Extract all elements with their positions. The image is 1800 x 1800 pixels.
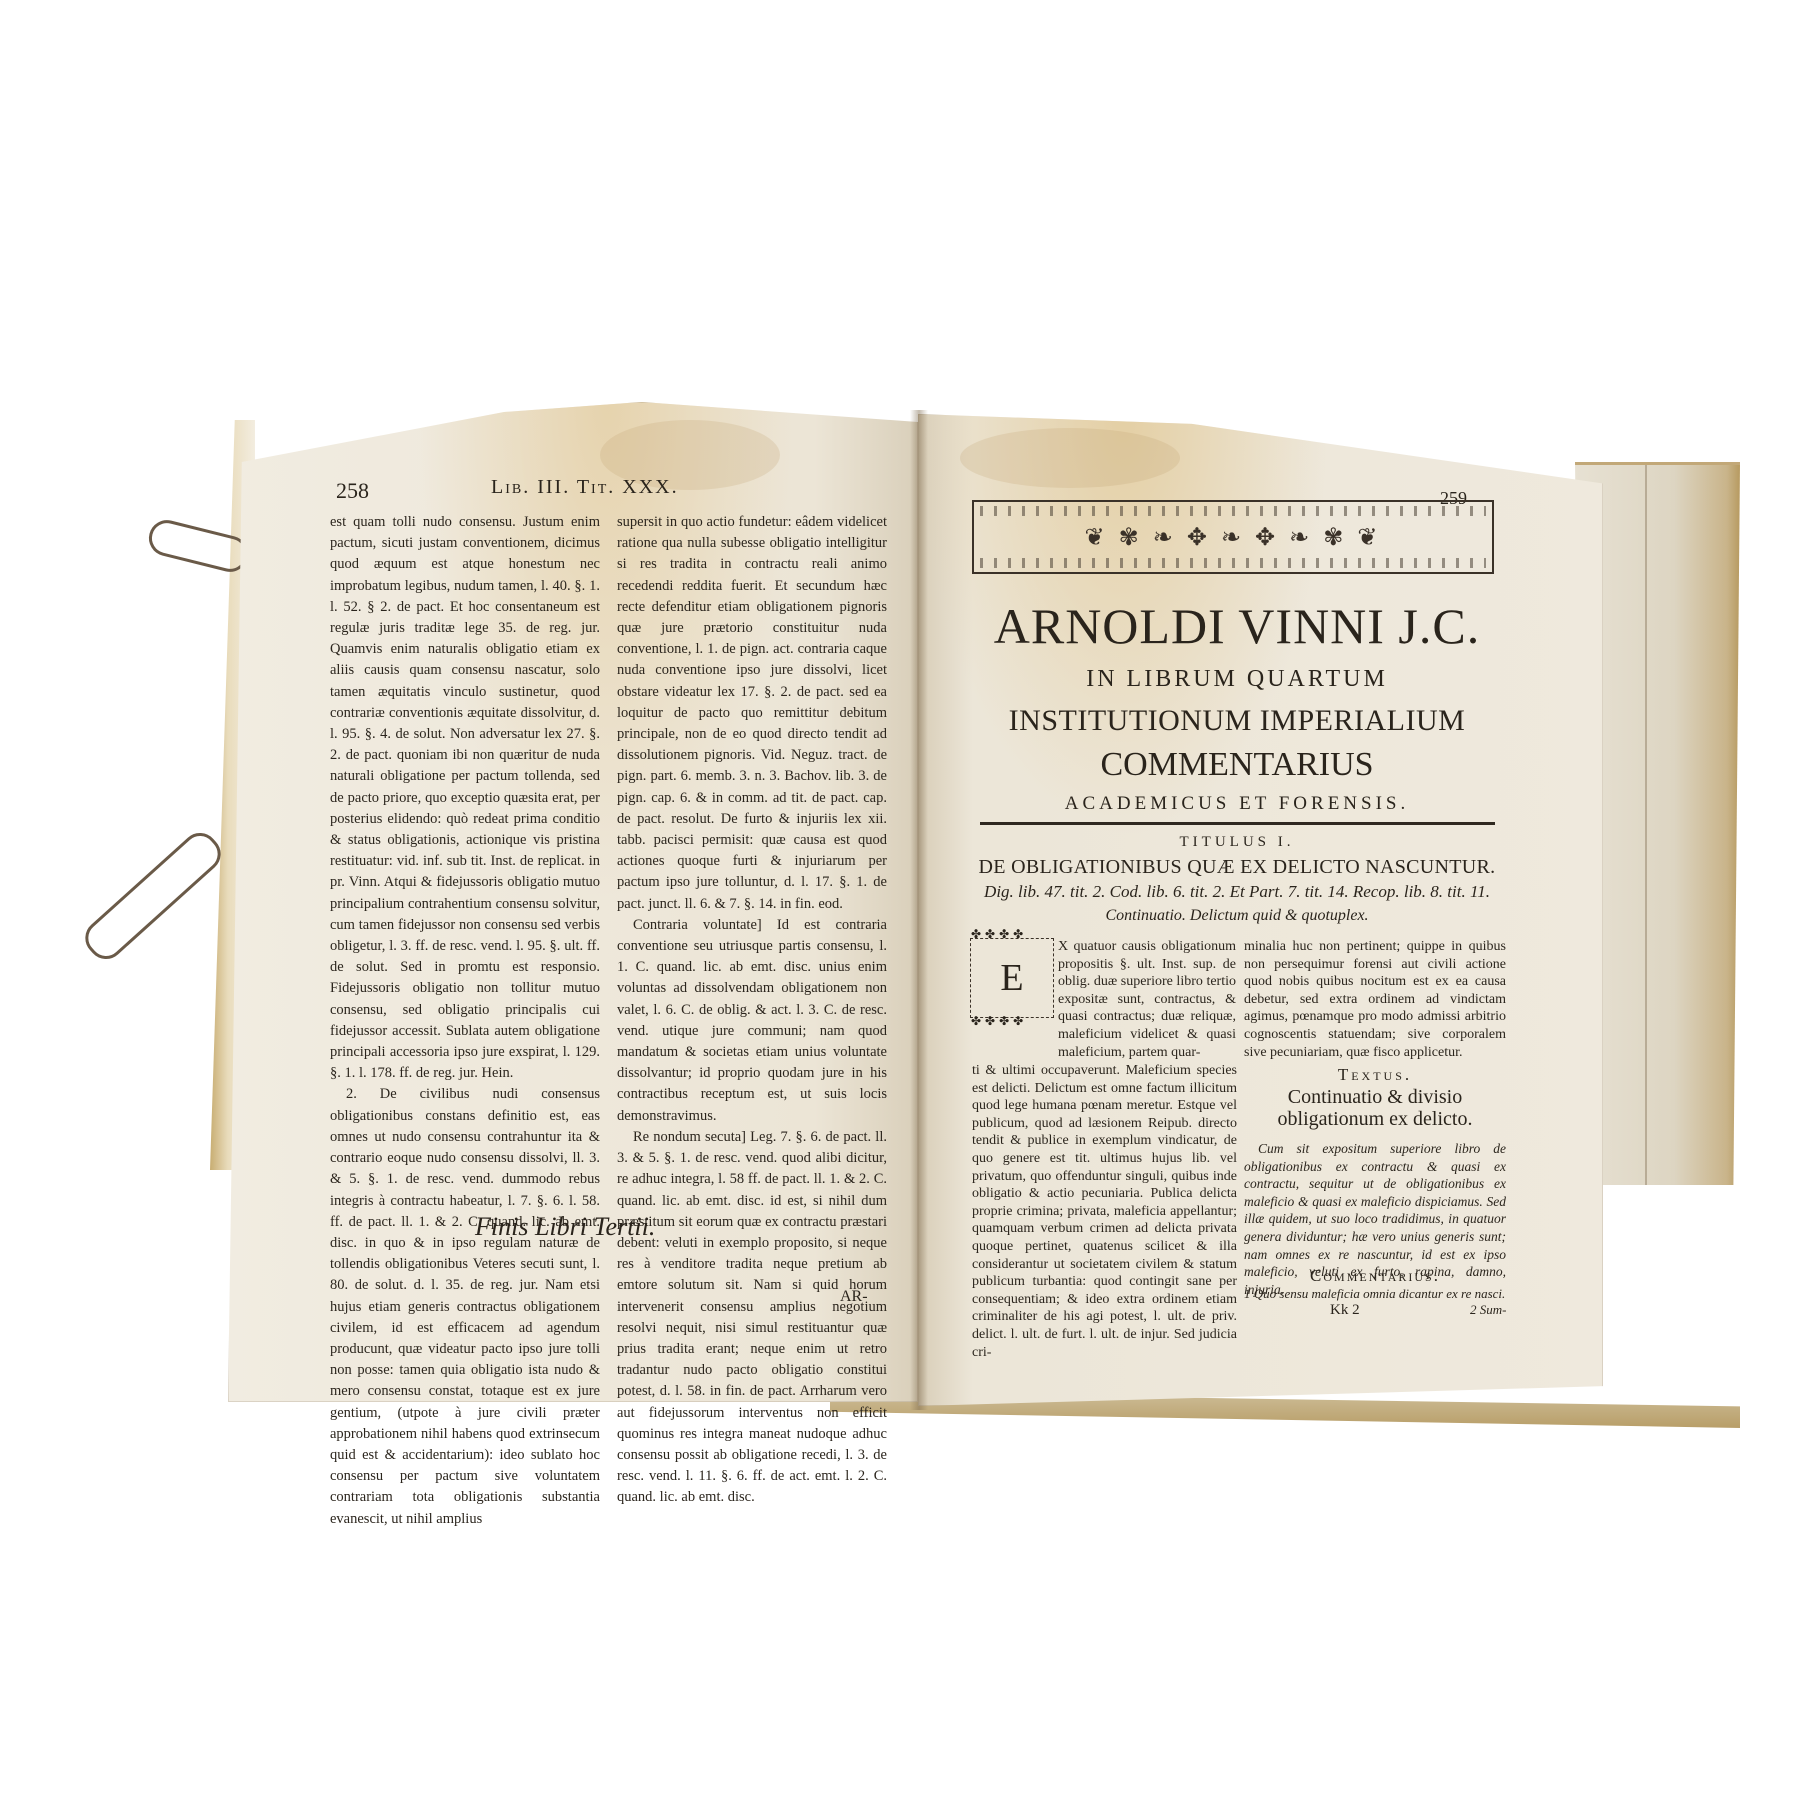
page-number-left: 258 xyxy=(336,478,369,504)
textus-subheading: Continuatio & divisio obligationum ex de… xyxy=(1244,1086,1506,1130)
catchword-right: 2 Sum- xyxy=(1470,1302,1506,1318)
right-column-a-top: X quatuor causis obligationum propositis… xyxy=(1058,938,1236,1061)
title-line-4: COMMENTARIUS xyxy=(972,746,1502,784)
continuatio-heading: Continuatio. Delictum quid & quotuplex. xyxy=(972,907,1502,925)
commentarius-item: 1 Quo sensu maleficia omnia dicantur ex … xyxy=(1244,1286,1506,1302)
paragraph: 2. De civilibus nudi consensus obligatio… xyxy=(330,1084,600,1529)
source-references: Dig. lib. 47. tit. 2. Cod. lib. 6. tit. … xyxy=(972,882,1502,902)
titulus-name: DE OBLIGATIONIBUS QUÆ EX DELICTO NASCUNT… xyxy=(972,856,1502,879)
paragraph: ti & ultimi occupaverunt. Maleficium spe… xyxy=(972,1062,1237,1361)
titulus-heading: TITULUS I. xyxy=(972,834,1502,851)
paragraph: est quam tolli nudo consensu. Justum eni… xyxy=(330,512,600,1084)
paragraph: supersit in quo actio fundetur: eâdem vi… xyxy=(617,512,887,915)
title-line-5: ACADEMICUS ET FORENSIS. xyxy=(972,793,1502,815)
right-column-a: ti & ultimi occupaverunt. Maleficium spe… xyxy=(972,1062,1237,1361)
left-column-b: supersit in quo actio fundetur: eâdem vi… xyxy=(617,512,887,1509)
right-column-b: minalia huc non pertinent; quippe in qui… xyxy=(1244,938,1506,1061)
open-book-photo: 258 Lib. III. Tit. XXX. est quam tolli n… xyxy=(0,0,1800,1800)
paragraph: X quatuor causis obligationum propositis… xyxy=(1058,938,1236,1061)
commentarius-heading: Commentarius. xyxy=(1244,1266,1506,1286)
ornamental-drop-cap: E xyxy=(970,938,1054,1018)
headpiece-ornament: ❦ ✾ ❧ ✥ ❧ ✥ ❧ ✾ ❦ xyxy=(972,500,1494,574)
book-gutter xyxy=(910,410,928,1410)
foxing-stain xyxy=(960,428,1180,488)
running-head: Lib. III. Tit. XXX. xyxy=(491,476,679,499)
title-line-2: IN LIBRUM QUARTUM xyxy=(972,666,1502,693)
author-title: ARNOLDI VINNI J.C. xyxy=(972,597,1502,655)
textus-heading: Textus. xyxy=(1244,1065,1506,1085)
left-page-header: 258 Lib. III. Tit. XXX. xyxy=(336,476,896,502)
title-line-3: INSTITUTIONUM IMPERIALIUM xyxy=(972,704,1502,738)
catchword-left: AR- xyxy=(840,1288,868,1306)
left-column-a: est quam tolli nudo consensu. Justum eni… xyxy=(330,512,600,1530)
finis-libri-tertii: Finis Libri Tertii. xyxy=(475,1212,655,1242)
paragraph: Contraria voluntate] Id est contraria co… xyxy=(617,915,887,1127)
binding-string-loop-lower xyxy=(78,826,228,967)
paragraph: Re nondum secuta] Leg. 7. §. 6. de pact.… xyxy=(617,1127,887,1509)
title-rule xyxy=(980,822,1495,825)
signature-mark: Kk 2 xyxy=(1330,1302,1360,1319)
paragraph: minalia huc non pertinent; quippe in qui… xyxy=(1244,938,1506,1061)
